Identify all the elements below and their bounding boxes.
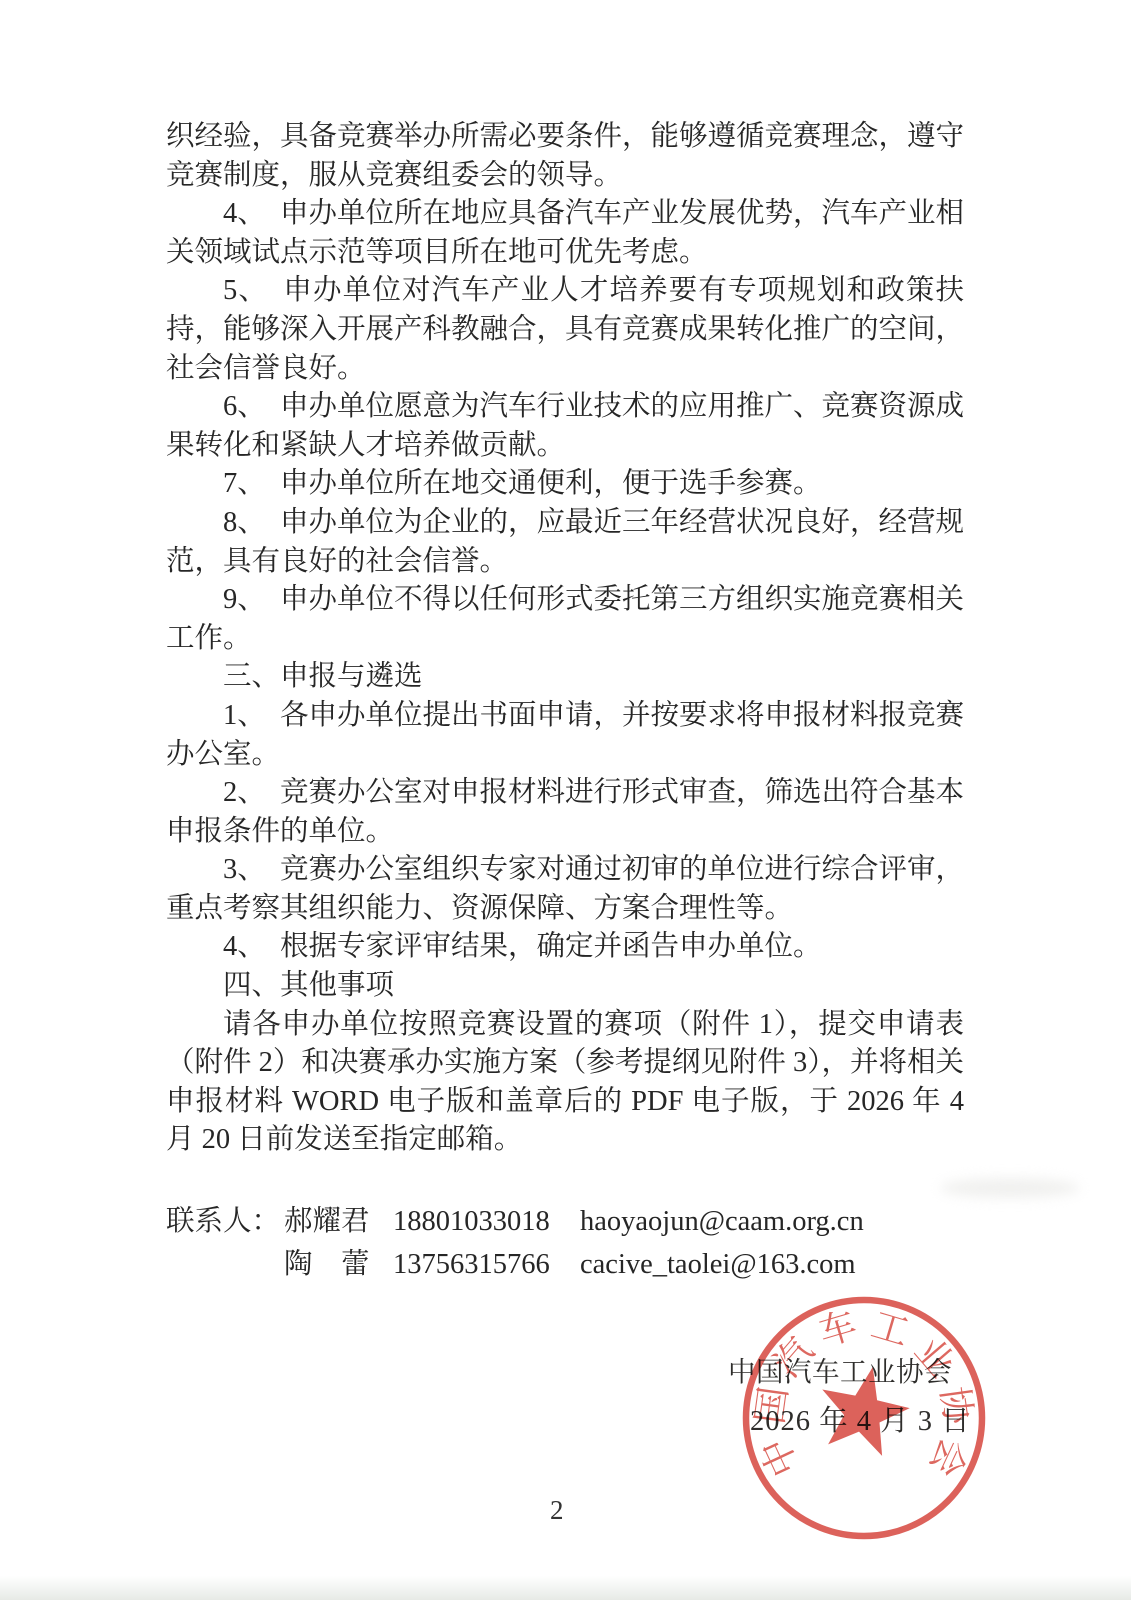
page-number: 2 <box>550 1495 564 1526</box>
body-text: 织经验，具备竞赛举办所需必要条件，能够遵循竞赛理念，遵守竞赛制度，服从竞赛组委会… <box>166 118 964 1160</box>
contact-block: 联系人：郝耀君18801033018haoyaojun@caam.org.cn陶… <box>166 1200 986 1286</box>
contact-phone: 18801033018 <box>393 1200 580 1243</box>
contact-label <box>166 1243 284 1286</box>
seal-ring-char: 国 <box>750 1384 796 1426</box>
contact-name: 陶 蕾 <box>284 1243 393 1286</box>
paragraph: 四、其他事项 <box>166 967 964 1006</box>
paragraph: 2、 竞赛办公室对申报材料进行形式审查，筛选出符合基本申报条件的单位。 <box>166 774 964 851</box>
paragraph: 3、 竞赛办公室组织专家对通过初审的单位进行综合评审，重点考察其组织能力、资源保… <box>166 851 964 928</box>
seal-ring-char: 车 <box>814 1305 861 1355</box>
paragraph: 7、 申办单位所在地交通便利，便于选手参赛。 <box>166 465 964 504</box>
paragraph: 9、 申办单位不得以任何形式委托第三方组织实施竞赛相关工作。 <box>166 581 964 658</box>
scan-edge-band <box>0 1576 1131 1600</box>
paragraph: 4、 申办单位所在地应具备汽车产业发展优势，汽车产业相关领域试点示范等项目所在地… <box>166 195 964 272</box>
paragraph: 5、 申办单位对汽车产业人才培养要有专项规划和政策扶持，能够深入开展产科教融合，… <box>166 272 964 388</box>
seal-ring-char: 工 <box>866 1305 913 1355</box>
contact-label: 联系人： <box>166 1200 284 1243</box>
paragraph: 请各申办单位按照竞赛设置的赛项（附件 1），提交申请表（附件 2）和决赛承办实施… <box>166 1006 964 1160</box>
contact-email: haoyaojun@caam.org.cn <box>580 1200 864 1243</box>
scan-smudge <box>940 1178 1080 1198</box>
paragraph: 三、申报与遴选 <box>166 658 964 697</box>
contact-phone: 13756315766 <box>393 1243 580 1286</box>
paragraph: 1、 各申办单位提出书面申请，并按要求将申报材料报竞赛办公室。 <box>166 697 964 774</box>
seal-star-icon <box>822 1367 909 1456</box>
contact-row: 联系人：郝耀君18801033018haoyaojun@caam.org.cn <box>166 1200 986 1243</box>
paragraph: 4、 根据专家评审结果，确定并函告申办单位。 <box>166 928 964 967</box>
document-page: 织经验，具备竞赛举办所需必要条件，能够遵循竞赛理念，遵守竞赛制度，服从竞赛组委会… <box>0 0 1131 1600</box>
paragraph: 8、 申办单位为企业的，应最近三年经营状况良好，经营规范，具有良好的社会信誉。 <box>166 504 964 581</box>
paragraph: 6、 申办单位愿意为汽车行业技术的应用推广、竞赛资源成果转化和紧缺人才培养做贡献… <box>166 388 964 465</box>
seal-ring-char: 协 <box>932 1384 979 1428</box>
official-seal-stamp: 中国汽车工业协会 <box>724 1277 1004 1557</box>
contact-name: 郝耀君 <box>284 1200 393 1243</box>
paragraph: 织经验，具备竞赛举办所需必要条件，能够遵循竞赛理念，遵守竞赛制度，服从竞赛组委会… <box>166 118 964 195</box>
